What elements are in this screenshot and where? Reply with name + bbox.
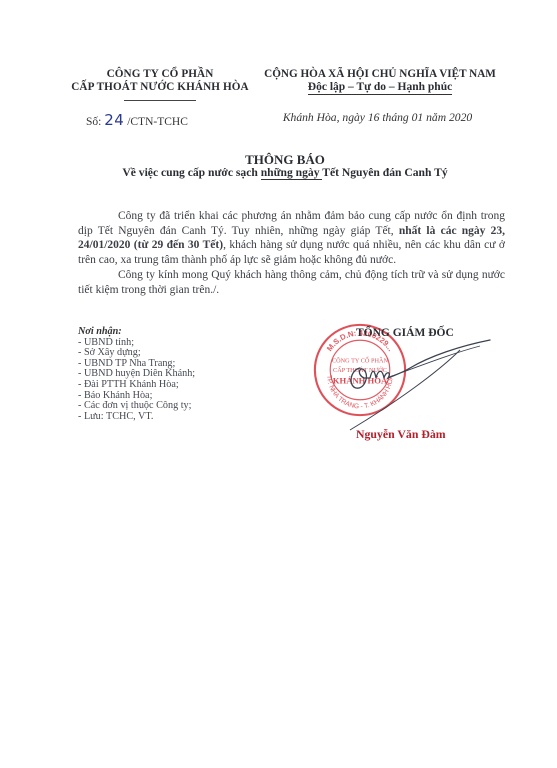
document-number-label: Số: <box>86 116 101 128</box>
document-number: Số: 24 /CTN-TCHC <box>86 111 188 129</box>
paragraph2-text: Công ty kính mong Quý khách hàng thông c… <box>78 269 505 296</box>
body-paragraph-2: Công ty kính mong Quý khách hàng thông c… <box>78 268 505 297</box>
subtitle-part2: Tết Nguyên đán Canh Tý <box>322 166 447 179</box>
body-paragraph-1: Công ty đã triển khai các phương án nhằm… <box>78 209 505 267</box>
national-motto-text: Độc lập – Tự do – Hạnh phúc <box>308 81 452 95</box>
national-title: CỘNG HÒA XÃ HỘI CHỦ NGHĨA VIỆT NAM <box>250 68 510 80</box>
dateline: Khánh Hòa, ngày 16 tháng 01 năm 2020 <box>250 111 505 124</box>
document-number-suffix: /CTN-TCHC <box>127 116 188 128</box>
document-subtitle: Về việc cung cấp nước sạch những ngày Tế… <box>60 166 510 179</box>
subtitle-part1: Về việc cung cấp nước sạch <box>122 166 260 179</box>
organization-divider <box>124 100 196 101</box>
national-motto: Độc lập – Tự do – Hạnh phúc <box>250 81 510 93</box>
signatory-name: Nguyễn Văn Đàm <box>356 427 446 442</box>
organization-name-line2: CẤP THOÁT NƯỚC KHÁNH HÒA <box>50 81 270 93</box>
document-number-value: 24 <box>104 111 124 129</box>
organization-name-line1: CÔNG TY CỔ PHẦN <box>50 68 270 80</box>
recipients-list: Nơi nhận: - UBND tỉnh; - Sở Xây dựng; - … <box>78 327 195 422</box>
recipient-item: - Lưu: TCHC, VT. <box>78 412 195 423</box>
handwritten-signature-icon <box>330 330 520 440</box>
recipients-heading: Nơi nhận: <box>78 327 195 338</box>
subtitle-underlined: những ngày <box>261 166 323 180</box>
recipient-item: - Đài PTTH Khánh Hòa; <box>78 380 195 391</box>
